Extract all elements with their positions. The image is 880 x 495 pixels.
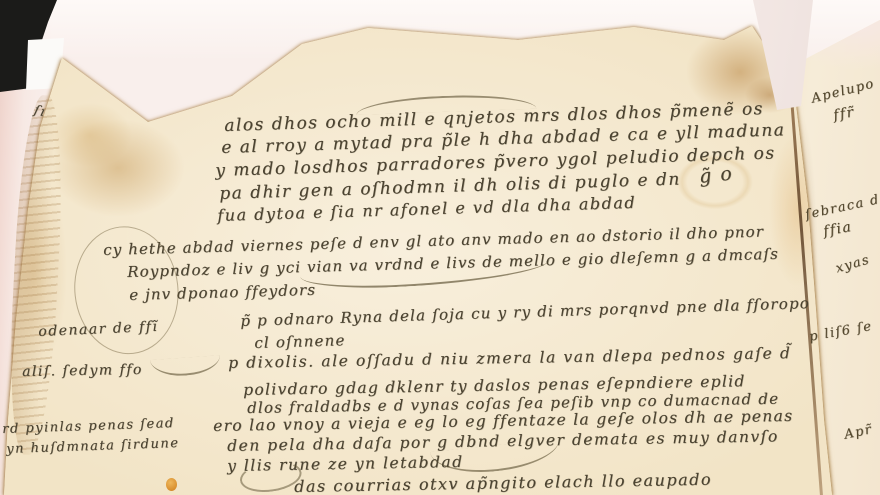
margin-note: yn huſdmnata ſirdune: [6, 436, 180, 457]
manuscript-photo: alos dhos ocho mill e qnjetos mrs dlos d…: [0, 0, 880, 495]
facing-page-text: p liſ6 ſe: [808, 319, 874, 345]
ink-flourish-arc: [150, 355, 221, 378]
facing-page-text: Apelupo: [810, 76, 876, 106]
manuscript-line: das courrias otxv ap̃ngito elach llo eau…: [294, 470, 712, 495]
orange-spot: [166, 478, 177, 491]
facing-page-text: ffr̃: [832, 104, 856, 124]
facing-page-text: ffia: [822, 219, 854, 240]
ink-layer: alos dhos ocho mill e qnjetos mrs dlos d…: [0, 0, 880, 495]
facing-page-text: xyas: [834, 252, 872, 276]
line-end-flourish-text: g̃ o: [698, 162, 734, 187]
corner-ink-mark: ſı: [32, 103, 47, 120]
manuscript-line: p̃ p odnaro Ryna dela ſoja cu y ry di mr…: [240, 294, 810, 330]
facing-page-text: ſebraca dſi: [804, 190, 880, 223]
margin-note: rd pyinlas penas ſead: [2, 416, 175, 437]
margin-note: aliſ. ſedym ffo: [22, 362, 143, 380]
facing-page-text: Apr̃: [843, 422, 874, 443]
manuscript-line: cl oſnnene: [254, 331, 346, 352]
